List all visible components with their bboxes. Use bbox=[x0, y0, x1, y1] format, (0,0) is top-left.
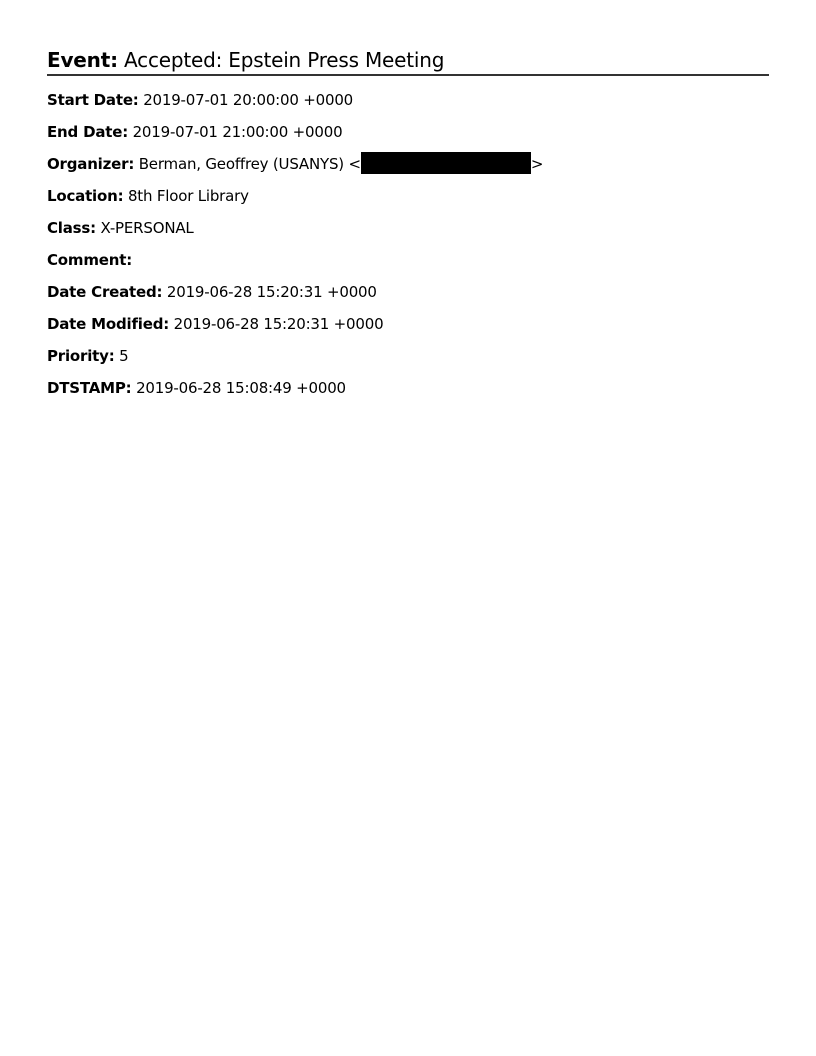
start-date-label: Start Date: bbox=[47, 91, 139, 109]
class-label: Class: bbox=[47, 219, 96, 237]
location-label: Location: bbox=[47, 187, 123, 205]
event-document: Event: Accepted: Epstein Press Meeting S… bbox=[47, 46, 769, 404]
date-modified-label: Date Modified: bbox=[47, 315, 169, 333]
comment-label: Comment: bbox=[47, 251, 132, 269]
date-created-value: 2019-06-28 15:20:31 +0000 bbox=[167, 283, 377, 301]
end-date-label: End Date: bbox=[47, 123, 128, 141]
event-title-header: Event: Accepted: Epstein Press Meeting bbox=[47, 46, 769, 76]
field-date-created: Date Created: 2019-06-28 15:20:31 +0000 bbox=[47, 276, 769, 308]
field-class: Class: X-PERSONAL bbox=[47, 212, 769, 244]
date-created-label: Date Created: bbox=[47, 283, 162, 301]
field-priority: Priority: 5 bbox=[47, 340, 769, 372]
location-value: 8th Floor Library bbox=[128, 187, 249, 205]
event-title: Accepted: Epstein Press Meeting bbox=[124, 48, 444, 72]
priority-value: 5 bbox=[119, 347, 128, 365]
field-start-date: Start Date: 2019-07-01 20:00:00 +0000 bbox=[47, 84, 769, 116]
start-date-value: 2019-07-01 20:00:00 +0000 bbox=[143, 91, 353, 109]
field-end-date: End Date: 2019-07-01 21:00:00 +0000 bbox=[47, 116, 769, 148]
dtstamp-value: 2019-06-28 15:08:49 +0000 bbox=[136, 379, 346, 397]
field-organizer: Organizer: Berman, Geoffrey (USANYS) <> bbox=[47, 148, 769, 180]
redacted-email-block bbox=[361, 152, 531, 174]
date-modified-value: 2019-06-28 15:20:31 +0000 bbox=[174, 315, 384, 333]
field-date-modified: Date Modified: 2019-06-28 15:20:31 +0000 bbox=[47, 308, 769, 340]
dtstamp-label: DTSTAMP: bbox=[47, 379, 131, 397]
class-value: X-PERSONAL bbox=[101, 219, 194, 237]
field-comment: Comment: bbox=[47, 244, 769, 276]
field-location: Location: 8th Floor Library bbox=[47, 180, 769, 212]
organizer-suffix: > bbox=[531, 155, 543, 173]
event-fields: Start Date: 2019-07-01 20:00:00 +0000 En… bbox=[47, 84, 769, 404]
organizer-label: Organizer: bbox=[47, 155, 134, 173]
priority-label: Priority: bbox=[47, 347, 115, 365]
organizer-value: Berman, Geoffrey (USANYS) < bbox=[139, 155, 361, 173]
field-dtstamp: DTSTAMP: 2019-06-28 15:08:49 +0000 bbox=[47, 372, 769, 404]
end-date-value: 2019-07-01 21:00:00 +0000 bbox=[133, 123, 343, 141]
event-label: Event: bbox=[47, 48, 118, 72]
